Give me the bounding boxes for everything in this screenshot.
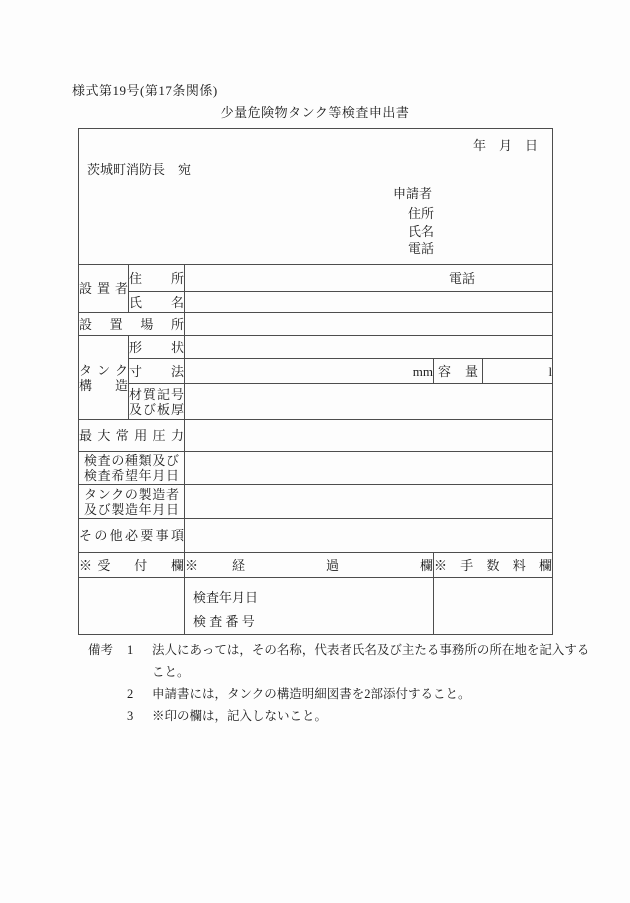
note-item-1: 1 法人にあっては，その名称，代表者氏名及び主たる事務所の所在地を記入する こと… (127, 639, 613, 683)
note-item-2: 2 申請書には，タンクの構造明細図書を2部添付すること。 (127, 683, 613, 705)
notes-list: 1 法人にあっては，その名称，代表者氏名及び主たる事務所の所在地を記入する こと… (127, 639, 613, 727)
applicant-address-label: 住所 (408, 206, 434, 221)
applicant-name-label: 氏名 (408, 224, 434, 239)
progress-column-header: ※経 過 欄 (185, 553, 434, 578)
note-text: 法人にあっては，その名称，代表者氏名及び主たる事務所の所在地を記入する こと。 (152, 639, 613, 683)
note-number: 3 (127, 705, 152, 727)
submission-date-line: 年 月 日 (473, 138, 538, 153)
capacity-unit-label: l (548, 364, 552, 379)
inspection-label-line2: 検査希望年月日 (84, 468, 179, 483)
applicant-phone-label: 電話 (408, 241, 434, 256)
other-items-field (185, 519, 553, 553)
location-field (185, 313, 553, 336)
manufacturer-label: タンクの製造者 及び製造年月日 (79, 485, 185, 519)
tank-dimension-field: mm (185, 359, 434, 384)
inspection-type-label: 検査の種類及び 検査希望年月日 (79, 452, 185, 485)
inspection-date-label: 検査年月日 (193, 590, 433, 605)
installer-address-field: 電話 (185, 265, 553, 292)
other-items-label: その他必要事項 (79, 519, 185, 553)
manufacturer-label-line2: 及び製造年月日 (84, 502, 179, 517)
tank-capacity-field: l (483, 359, 553, 384)
tank-shape-field (185, 336, 553, 359)
tank-shape-label: 形 状 (129, 336, 185, 359)
addressee: 茨城町消防長 宛 (87, 162, 191, 177)
inspection-number-label: 検 査 番 号 (193, 614, 433, 629)
tank-structure-group-label: タンク 構 造 (79, 336, 129, 420)
max-pressure-field (185, 420, 553, 452)
material-label-line2: 及び板厚 (129, 402, 184, 417)
note-text: ※印の欄は，記入しないこと。 (152, 705, 613, 727)
page-title: 少量危険物タンク等検査申出書 (78, 102, 552, 121)
installer-group-label: 設置者 (79, 265, 129, 313)
manufacturer-field (185, 485, 553, 519)
reception-field (79, 578, 185, 635)
note-text: 申請書には，タンクの構造明細図書を2部添付すること。 (152, 683, 613, 705)
installer-name-field (185, 292, 553, 313)
location-label: 設 置 場 所 (79, 313, 185, 336)
tank-capacity-label: 容 量 (434, 359, 483, 384)
installer-phone-label: 電話 (449, 271, 552, 286)
fee-field (434, 578, 553, 635)
installer-name-label: 氏 名 (129, 292, 185, 313)
material-label-line1: 材質記号 (129, 387, 184, 402)
note-number: 1 (127, 639, 152, 683)
tank-group-line1: タンク (79, 363, 128, 378)
tank-group-line2: 構 造 (79, 378, 128, 393)
applicant-label: 申請者 (393, 186, 432, 201)
reception-column-header: ※受 付 欄 (79, 553, 185, 578)
installer-address-label: 住 所 (129, 265, 185, 292)
max-pressure-label: 最大常用圧力 (79, 420, 185, 452)
notes-section: 備考 1 法人にあっては，その名称，代表者氏名及び主たる事務所の所在地を記入する… (88, 639, 613, 727)
progress-field: 検査年月日 検 査 番 号 (185, 578, 434, 635)
form-number: 様式第19号(第17条関係) (72, 80, 218, 99)
material-thickness-field (185, 384, 553, 420)
notes-label: 備考 (88, 639, 127, 727)
material-thickness-label: 材質記号 及び板厚 (129, 384, 185, 420)
fee-column-header: ※手数料欄 (434, 553, 553, 578)
form-page: 様式第19号(第17条関係) 少量危険物タンク等検査申出書 年 月 日 茨城町消… (0, 0, 630, 903)
inspection-type-field (185, 452, 553, 485)
manufacturer-label-line1: タンクの製造者 (84, 487, 179, 502)
form-table: 年 月 日 茨城町消防長 宛 申請者 住所 氏名 電話 設置者 住 所 電話 氏… (78, 128, 553, 635)
tank-dimension-label: 寸 法 (129, 359, 185, 384)
inspection-label-line1: 検査の種類及び (84, 453, 179, 468)
dimension-unit-label: mm (413, 364, 433, 379)
header-block: 年 月 日 茨城町消防長 宛 申請者 住所 氏名 電話 (79, 129, 553, 265)
note-item-3: 3 ※印の欄は，記入しないこと。 (127, 705, 613, 727)
note-number: 2 (127, 683, 152, 705)
